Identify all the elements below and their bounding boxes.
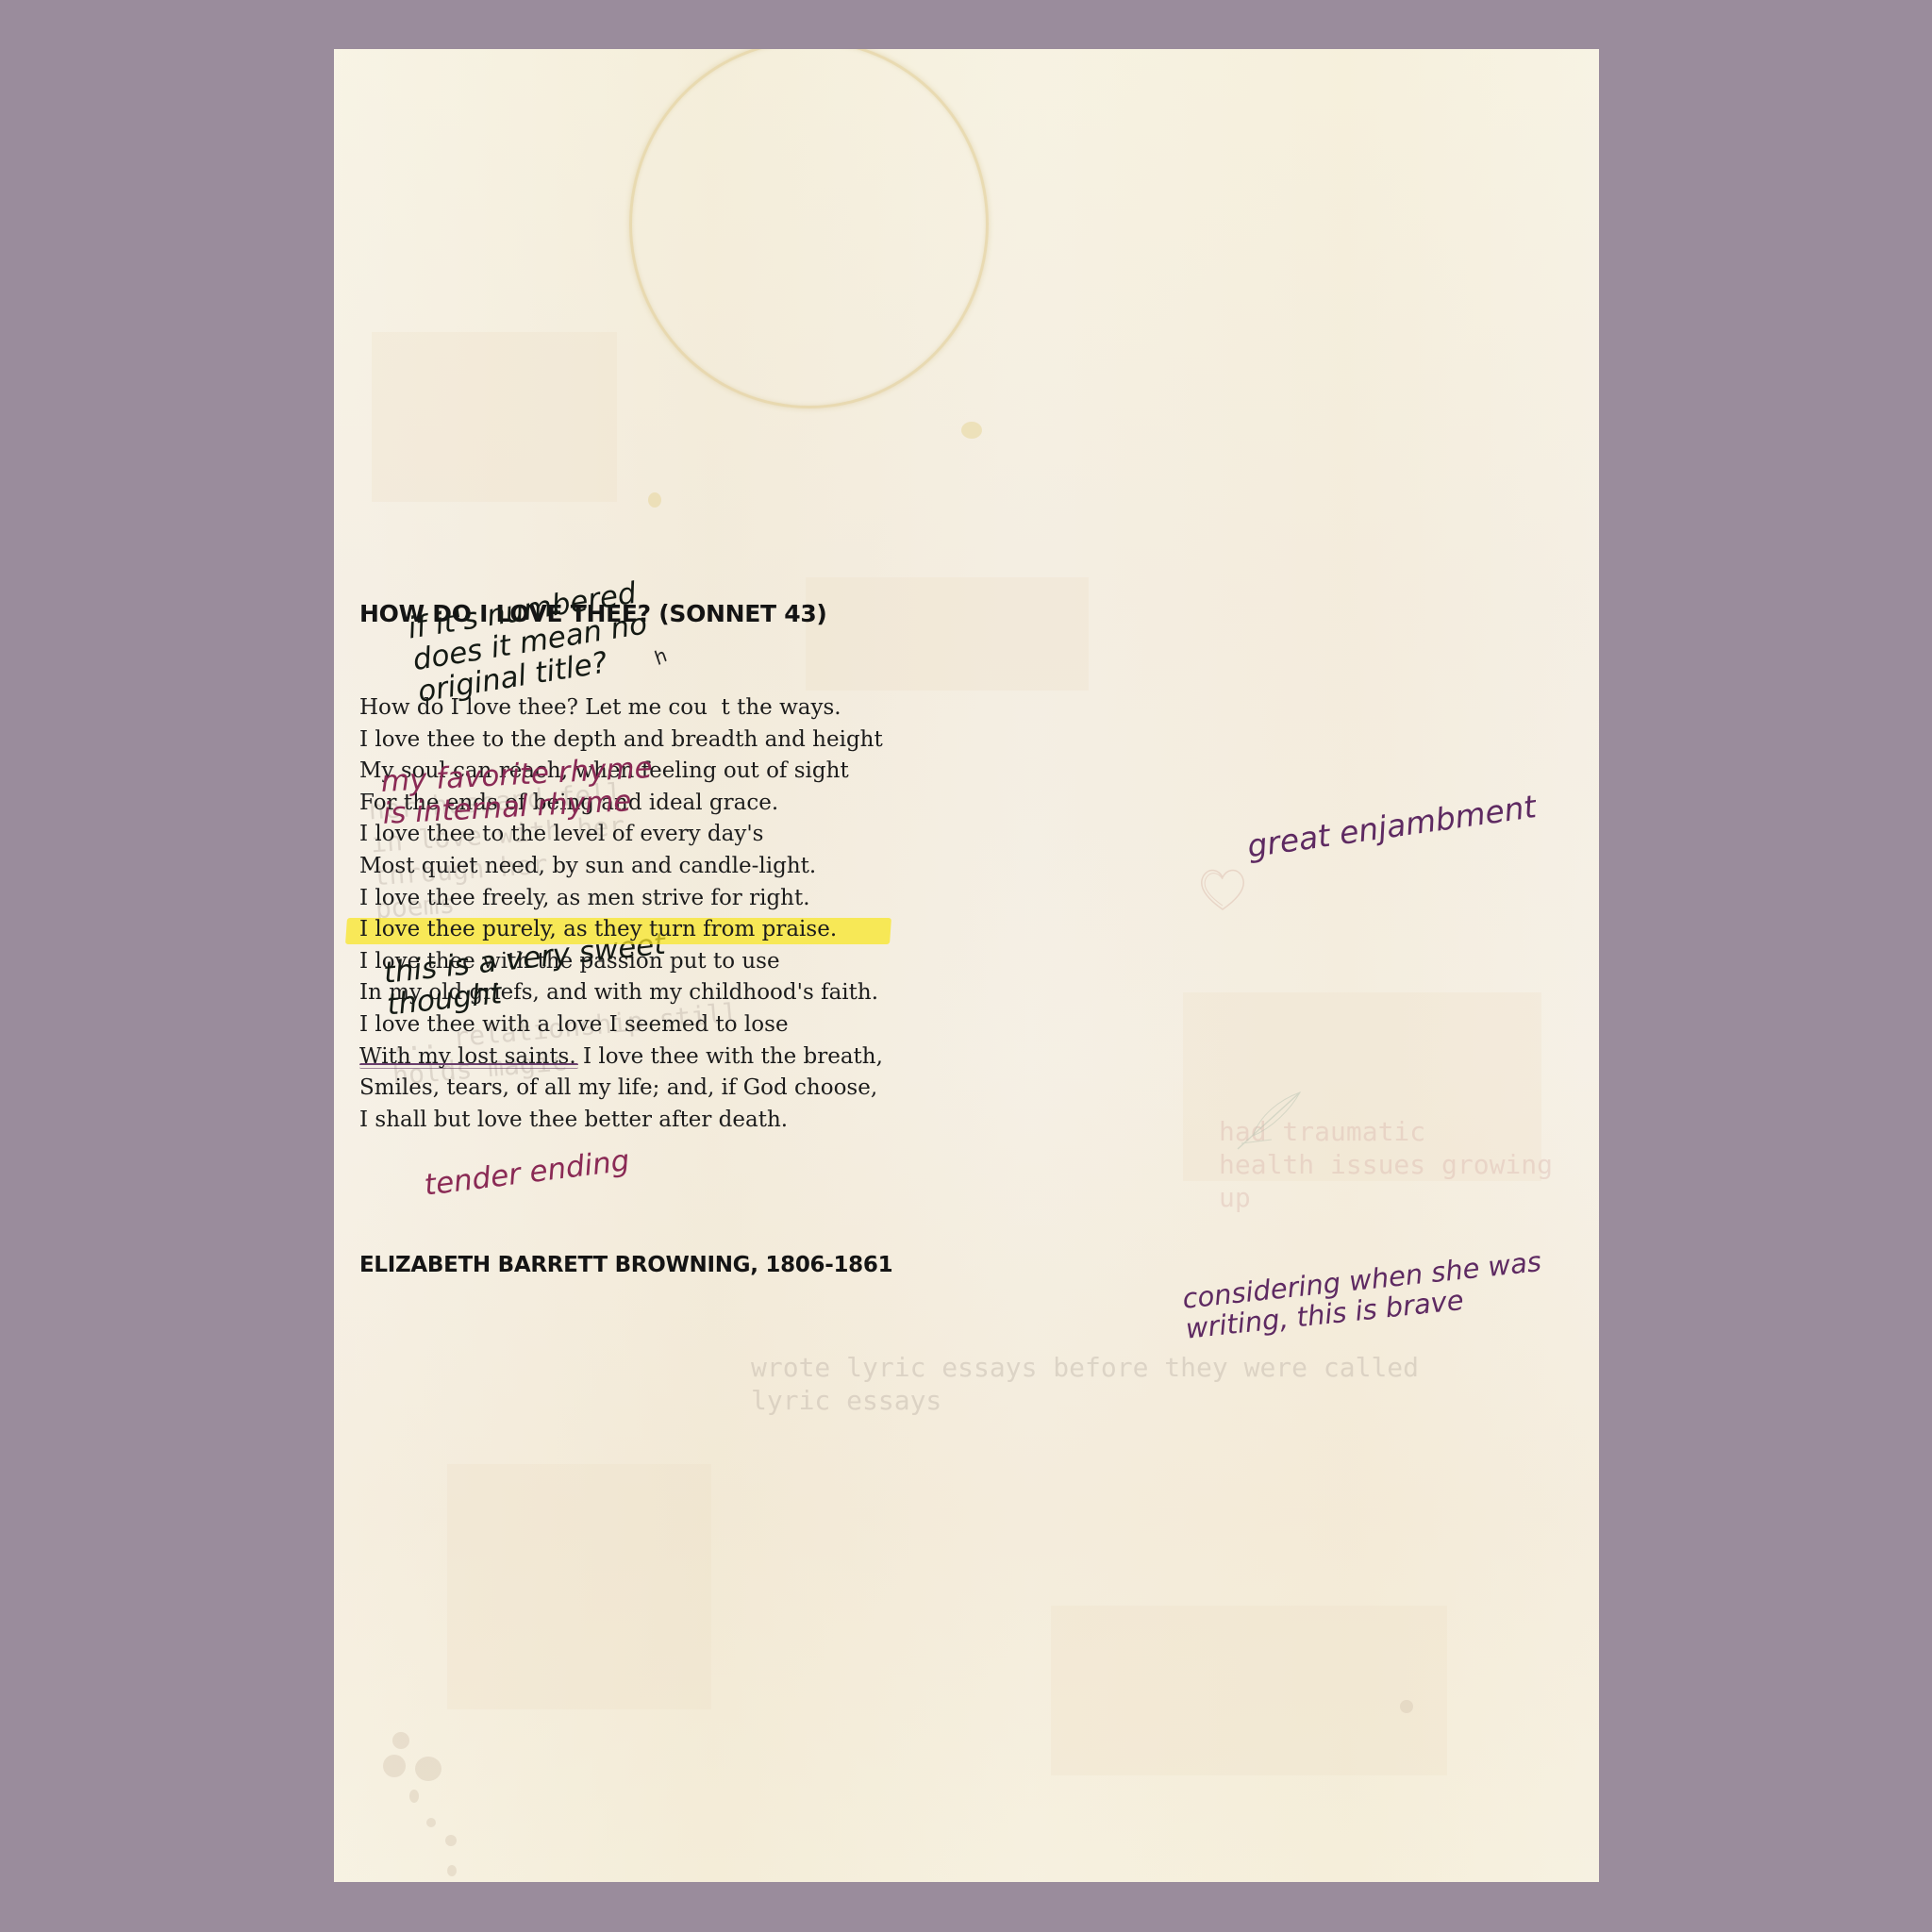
paper-texture-patch [1051,1606,1447,1775]
poem-line-13: Smiles, tears, of all my life; and, if G… [359,1073,883,1105]
poem-line-6: Most quiet need, by sun and candle-light… [359,851,883,883]
stain-splatter [447,1865,457,1876]
heart-doodle-icon [1194,860,1251,917]
stain-splatter [1400,1700,1413,1713]
poem-line-2: I love thee to the depth and breadth and… [359,724,883,757]
underlined-phrase: With my lost saints. [359,1044,576,1069]
poem-author: ELIZABETH BARRETT BROWNING, 1806-1861 [359,1253,892,1277]
stain-splatter [415,1757,441,1781]
feather-doodle-icon [1234,1087,1309,1153]
paper-texture-patch [447,1464,711,1709]
poem-line-12: With my lost saints. I love thee with th… [359,1041,883,1074]
annotation-favorite-rhyme: my favorite rhyme is internal rhyme [380,752,655,830]
poem-line-8-highlighted: I love thee purely, as they turn from pr… [359,914,883,946]
paper-texture-patch [806,577,1089,691]
coffee-ring-stain [629,49,989,408]
stain-splatter [409,1790,419,1803]
stain-splatter [648,492,661,508]
poem-line-14: I shall but love thee better after death… [359,1105,883,1137]
ghost-note-lyric-essays: wrote lyric essays before they were call… [751,1351,1419,1417]
stain-splatter [961,422,982,439]
stain-splatter [392,1732,409,1749]
stain-splatter [426,1818,436,1827]
stain-splatter [445,1835,457,1846]
paper-texture-patch [372,332,617,502]
poem-line-12-rest: I love thee with the breath, [576,1044,883,1069]
poem-line-7: I love thee freely, as men strive for ri… [359,883,883,915]
stain-splatter [383,1755,406,1777]
